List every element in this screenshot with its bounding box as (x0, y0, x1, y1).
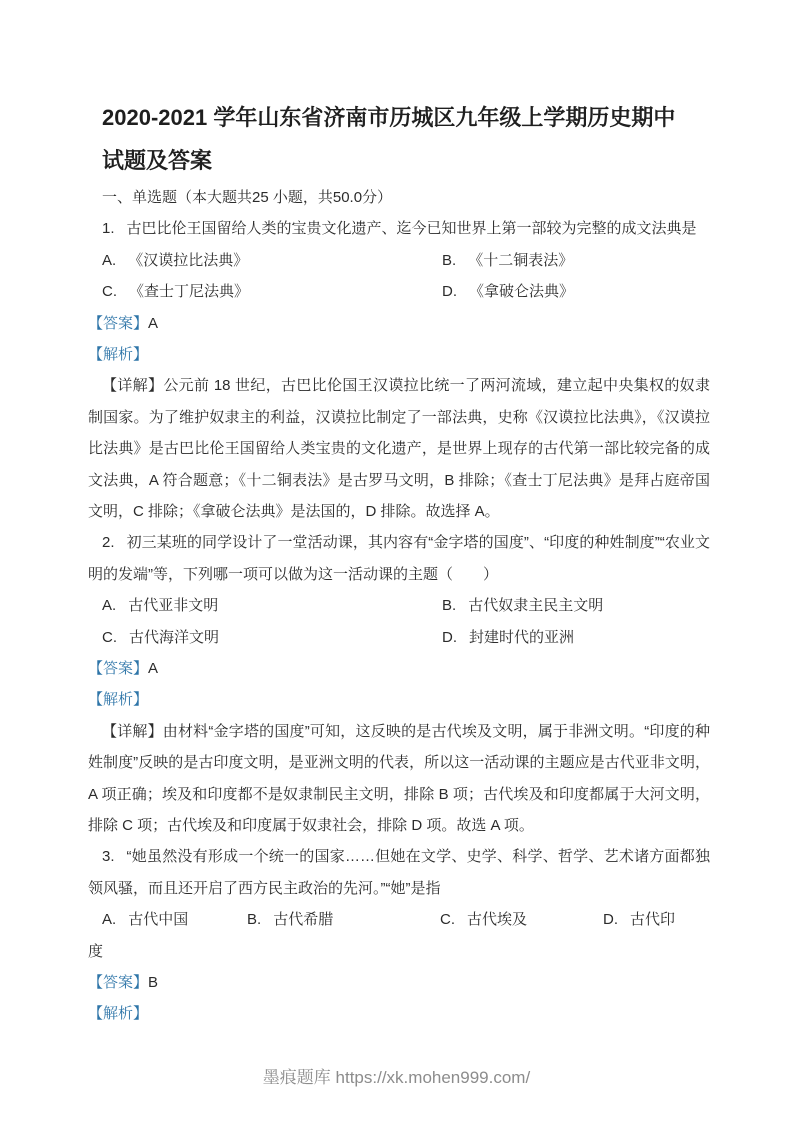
option-b: B.古代希腊 (247, 904, 333, 935)
option-text: 《十二铜表法》 (468, 252, 573, 269)
option-c: C.《查士丁尼法典》 (102, 276, 249, 307)
option-key: D. (442, 283, 457, 300)
footer-url: https://xk.mohen999.com/ (336, 1068, 531, 1087)
option-b: B.《十二铜表法》 (442, 245, 573, 276)
option-key: A. (102, 252, 116, 269)
option-d: D.古代印 (603, 904, 675, 935)
section-header: 一、单选题（本大题共25 小题，共50.0分） (88, 182, 710, 213)
question-1-stem: 1.古巴比伦王国留给人类的宝贵文化遗产、迄今已知世界上第一部较为完整的成文法典是 (88, 213, 710, 244)
option-text: 古代海洋文明 (129, 629, 219, 646)
answer-value: B (148, 974, 158, 991)
page-title-line-2: 试题及答案 (88, 139, 710, 182)
option-key: A. (102, 597, 116, 614)
option-key: D. (603, 911, 618, 928)
option-c: C.古代海洋文明 (102, 622, 219, 653)
option-text: 《查士丁尼法典》 (129, 283, 249, 300)
answer-label: 【答案】 (88, 315, 148, 332)
question-stem-text: “她虽然没有形成一个统一的国家……但她在文学、史学、科学、哲学、艺术诸方面都独领… (88, 848, 710, 896)
answer-label: 【答案】 (88, 660, 148, 677)
analysis-label: 【解析】 (88, 1005, 148, 1022)
option-text: 古代埃及 (467, 911, 527, 928)
question-1-answer-line: 【答案】A (88, 308, 710, 339)
option-key: B. (442, 597, 456, 614)
question-3-stem: 3.“她虽然没有形成一个统一的国家……但她在文学、史学、科学、哲学、艺术诸方面都… (88, 841, 710, 904)
question-2-detail: 【详解】由材料“金字塔的国度”可知，这反映的是古代埃及文明，属于非洲文明。“印度… (88, 716, 710, 842)
option-key: B. (442, 252, 456, 269)
analysis-label: 【解析】 (88, 691, 148, 708)
option-text: 《拿破仑法典》 (469, 283, 574, 300)
question-2-answer-line: 【答案】A (88, 653, 710, 684)
question-1-options-row-1: A.《汉谟拉比法典》 B.《十二铜表法》 (88, 245, 710, 276)
question-3-answer-line: 【答案】B (88, 967, 710, 998)
question-stem-text: 初三某班的同学设计了一堂活动课，其内容有“金字塔的国度”、“印度的种姓制度”“农… (88, 534, 710, 582)
option-text: 古代希腊 (273, 911, 333, 928)
option-key: C. (102, 283, 117, 300)
question-number: 2. (102, 534, 115, 551)
analysis-label: 【解析】 (88, 346, 148, 363)
page-title-line-1: 2020-2021 学年山东省济南市历城区九年级上学期历史期中 (88, 96, 710, 139)
document-body: 2020-2021 学年山东省济南市历城区九年级上学期历史期中 试题及答案 一、… (88, 96, 710, 1030)
detail-text: 由材料“金字塔的国度”可知，这反映的是古代埃及文明，属于非洲文明。“印度的种姓制… (88, 723, 710, 834)
question-2-options-row-1: A.古代亚非文明 B.古代奴隶主民主文明 (88, 590, 710, 621)
option-text: 古代亚非文明 (128, 597, 218, 614)
answer-value: A (148, 315, 158, 332)
detail-label: 【详解】 (102, 723, 163, 740)
question-3-analysis-line: 【解析】 (88, 998, 710, 1029)
question-3: 3.“她虽然没有形成一个统一的国家……但她在文学、史学、科学、哲学、艺术诸方面都… (88, 841, 710, 1029)
footer-watermark: 墨痕题库 https://xk.mohen999.com/ (0, 1066, 793, 1090)
question-2-options-row-2: C.古代海洋文明 D.封建时代的亚洲 (88, 622, 710, 653)
option-key: B. (247, 911, 261, 928)
option-key: A. (102, 911, 116, 928)
option-a: A.《汉谟拉比法典》 (102, 245, 248, 276)
question-1-analysis-line: 【解析】 (88, 339, 710, 370)
question-1-options-row-2: C.《查士丁尼法典》 D.《拿破仑法典》 (88, 276, 710, 307)
question-number: 1. (102, 220, 115, 237)
answer-label: 【答案】 (88, 974, 148, 991)
option-text: 古代印 (630, 911, 675, 928)
option-text: 封建时代的亚洲 (469, 629, 574, 646)
option-b: B.古代奴隶主民主文明 (442, 590, 603, 621)
question-1-detail: 【详解】公元前 18 世纪，古巴比伦国王汉谟拉比统一了两河流域，建立起中央集权的… (88, 370, 710, 527)
option-text: 古代奴隶主民主文明 (468, 597, 603, 614)
option-c: C.古代埃及 (440, 904, 527, 935)
option-d: D.封建时代的亚洲 (442, 622, 574, 653)
option-a: A.古代亚非文明 (102, 590, 218, 621)
footer-site-name: 墨痕题库 (263, 1068, 331, 1087)
detail-text: 公元前 18 世纪，古巴比伦国王汉谟拉比统一了两河流域，建立起中央集权的奴隶制国… (88, 377, 710, 520)
question-2-analysis-line: 【解析】 (88, 684, 710, 715)
question-2: 2.初三某班的同学设计了一堂活动课，其内容有“金字塔的国度”、“印度的种姓制度”… (88, 527, 710, 841)
answer-value: A (148, 660, 158, 677)
option-key: D. (442, 629, 457, 646)
option-key: C. (440, 911, 455, 928)
detail-label: 【详解】 (102, 377, 163, 394)
option-text: 古代中国 (128, 911, 188, 928)
option-d: D.《拿破仑法典》 (442, 276, 574, 307)
option-key: C. (102, 629, 117, 646)
question-number: 3. (102, 848, 115, 865)
option-d-wrapped-text: 度 (88, 936, 710, 967)
option-text: 《汉谟拉比法典》 (128, 252, 248, 269)
question-3-options-row-1: A.古代中国 B.古代希腊 C.古代埃及 D.古代印 (88, 904, 710, 935)
option-a: A.古代中国 (102, 904, 188, 935)
question-stem-text: 古巴比伦王国留给人类的宝贵文化遗产、迄今已知世界上第一部较为完整的成文法典是 (127, 220, 697, 237)
question-2-stem: 2.初三某班的同学设计了一堂活动课，其内容有“金字塔的国度”、“印度的种姓制度”… (88, 527, 710, 590)
question-1: 1.古巴比伦王国留给人类的宝贵文化遗产、迄今已知世界上第一部较为完整的成文法典是… (88, 213, 710, 527)
